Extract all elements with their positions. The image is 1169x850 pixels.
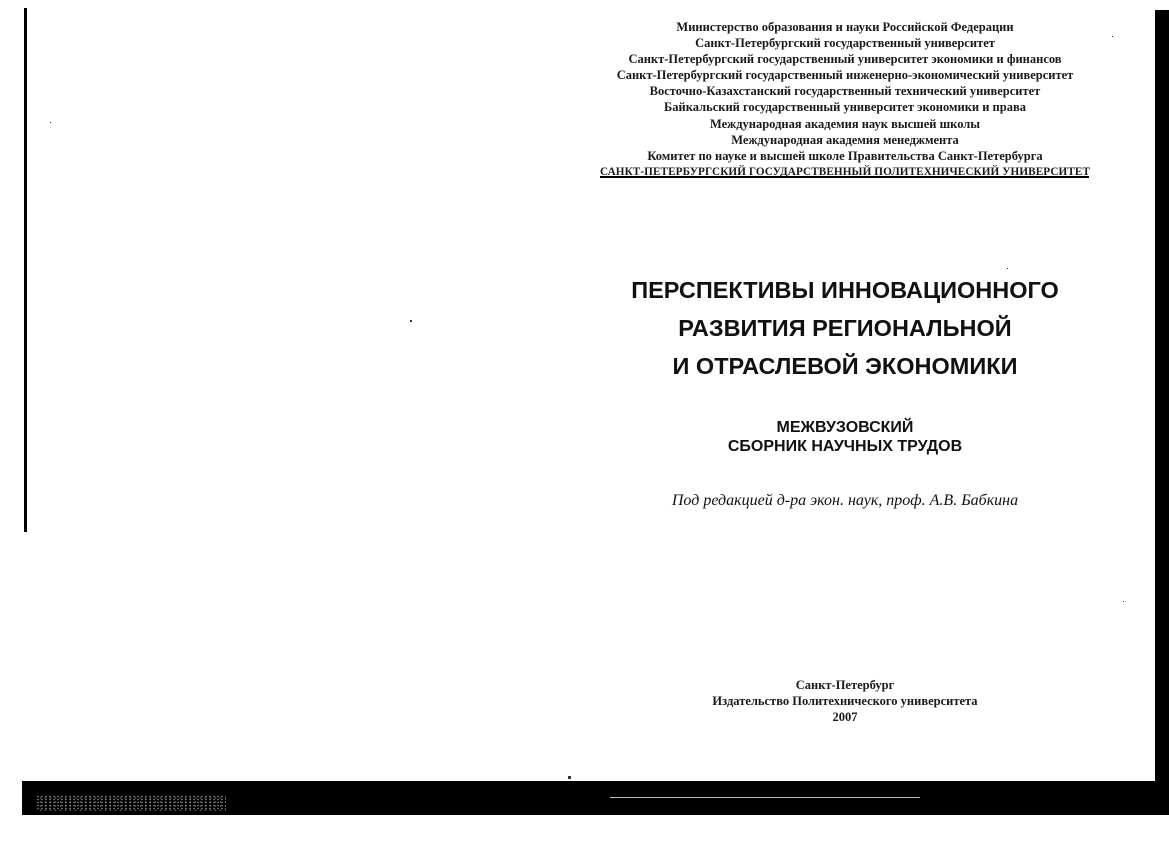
imprint-year: 2007 — [670, 709, 1020, 725]
scan-noise — [36, 795, 226, 811]
scan-speck — [410, 320, 412, 322]
scan-speck — [568, 776, 571, 779]
organization-line: Санкт-Петербургский государственный инже… — [585, 67, 1105, 83]
scan-speck — [50, 122, 51, 123]
scan-speck — [1123, 601, 1124, 602]
organization-line: Восточно-Казахстанский государственный т… — [585, 83, 1105, 99]
book-subtitle: МЕЖВУЗОВСКИЙ СБОРНИК НАУЧНЫХ ТРУДОВ — [620, 418, 1070, 456]
scan-speck — [1007, 268, 1008, 269]
scan-speck — [1112, 36, 1113, 37]
organization-line: Байкальский государственный университет … — [585, 99, 1105, 115]
subtitle-line: СБОРНИК НАУЧНЫХ ТРУДОВ — [620, 437, 1070, 456]
organizations-header: Министерство образования и науки Российс… — [585, 19, 1105, 180]
organization-line: Международная академия менеджмента — [585, 132, 1105, 148]
book-title: ПЕРСПЕКТИВЫ ИННОВАЦИОННОГО РАЗВИТИЯ РЕГИ… — [580, 271, 1110, 385]
imprint: Санкт-Петербург Издательство Политехниче… — [670, 677, 1020, 725]
imprint-city: Санкт-Петербург — [670, 677, 1020, 693]
imprint-publisher: Издательство Политехнического университе… — [670, 693, 1020, 709]
organization-line: Министерство образования и науки Российс… — [585, 19, 1105, 35]
scan-line-artifact — [610, 797, 920, 798]
title-line: ПЕРСПЕКТИВЫ ИННОВАЦИОННОГО — [580, 271, 1110, 309]
title-line: РАЗВИТИЯ РЕГИОНАЛЬНОЙ — [580, 309, 1110, 347]
scan-left-edge — [24, 8, 27, 532]
organization-line: Комитет по науке и высшей школе Правител… — [585, 148, 1105, 164]
organization-line: Санкт-Петербургский государственный унив… — [585, 35, 1105, 51]
organization-line: Санкт-Петербургский государственный унив… — [585, 51, 1105, 67]
editor-credit: Под редакцией д-ра экон. наук, проф. А.В… — [600, 492, 1090, 510]
title-line: И ОТРАСЛЕВОЙ ЭКОНОМИКИ — [580, 347, 1110, 385]
subtitle-line: МЕЖВУЗОВСКИЙ — [620, 418, 1070, 437]
organization-line: Международная академия наук высшей школы — [585, 116, 1105, 132]
header-underline — [600, 176, 1089, 178]
scan-right-edge — [1155, 10, 1169, 815]
